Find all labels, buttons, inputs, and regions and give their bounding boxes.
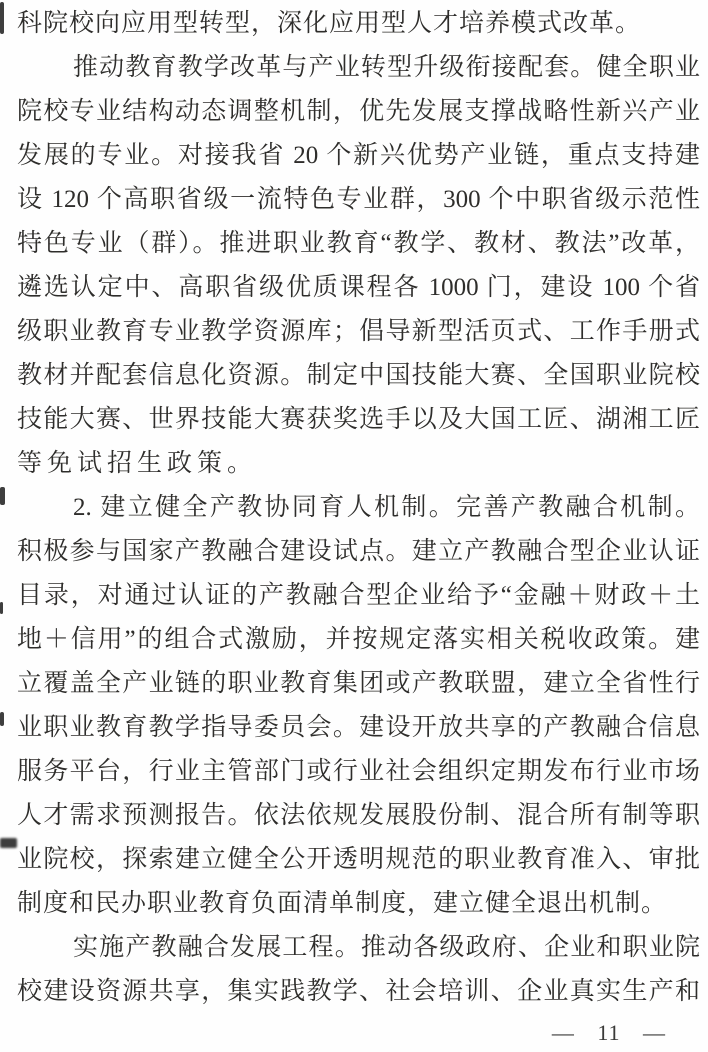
text-line: 推动教育教学改革与产业转型升级衔接配套。健全职业: [17, 46, 700, 90]
text-line: 校建设资源共享，集实践教学、社会培训、企业真实生产和: [17, 970, 700, 1014]
text-line: 院校专业结构动态调整机制，优先发展支撑战略性新兴产业: [17, 90, 700, 134]
scan-artifact: [0, 2, 4, 34]
text-line: 目录，对通过认证的产教融合型企业给予“金融＋财政＋土: [17, 574, 700, 618]
document-body: 科院校向应用型转型，深化应用型人才培养模式改革。 推动教育教学改革与产业转型升级…: [0, 0, 708, 1014]
text-line: 实施产教融合发展工程。推动各级政府、企业和职业院: [17, 926, 700, 970]
text-line: 积极参与国家产教融合建设试点。建立产教融合型企业认证: [17, 530, 700, 574]
text-line: 地＋信用”的组合式激励，并按规定落实相关税收政策。建: [17, 618, 700, 662]
scan-artifact: [0, 487, 5, 505]
text-line: 业职业教育教学指导委员会。建设开放共享的产教融合信息: [17, 706, 700, 750]
text-line: 技能大赛、世界技能大赛获奖选手以及大国工匠、湖湘工匠: [17, 398, 700, 442]
text-line-numbered-item: 2. 建立健全产教协同育人机制。完善产教融合机制。: [17, 486, 700, 530]
text-line: 科院校向应用型转型，深化应用型人才培养模式改革。: [17, 2, 700, 46]
text-line: 立覆盖全产业链的职业教育集团或产教联盟，建立全省性行: [17, 662, 700, 706]
text-line: 服务平台，行业主管部门或行业社会组织定期发布行业市场: [17, 750, 700, 794]
text-line: 等免试招生政策。: [17, 442, 700, 486]
scan-artifact: [0, 712, 4, 726]
text-line: 特色专业（群）。推进职业教育“教学、教材、教法”改革，: [17, 222, 700, 266]
scan-artifact: [0, 602, 3, 614]
text-line: 人才需求预测报告。依法依规发展股份制、混合所有制等职: [17, 794, 700, 838]
text-line: 制度和民办职业教育负面清单制度，建立健全退出机制。: [17, 882, 700, 926]
text-line: 级职业教育专业教学资源库；倡导新型活页式、工作手册式: [17, 310, 700, 354]
text-line: 教材并配套信息化资源。制定中国技能大赛、全国职业院校: [17, 354, 700, 398]
page-number: — 11 —: [552, 1020, 666, 1046]
document-page: 科院校向应用型转型，深化应用型人才培养模式改革。 推动教育教学改革与产业转型升级…: [0, 0, 708, 1052]
text-line: 业院校，探索建立健全公开透明规范的职业教育准入、审批: [17, 838, 700, 882]
text-line: 设 120 个高职省级一流特色专业群，300 个中职省级示范性: [17, 178, 700, 222]
text-line: 遴选认定中、高职省级优质课程各 1000 门，建设 100 个省: [17, 266, 700, 310]
text-line: 发展的专业。对接我省 20 个新兴优势产业链，重点支持建: [17, 134, 700, 178]
scan-artifact: [0, 838, 17, 848]
